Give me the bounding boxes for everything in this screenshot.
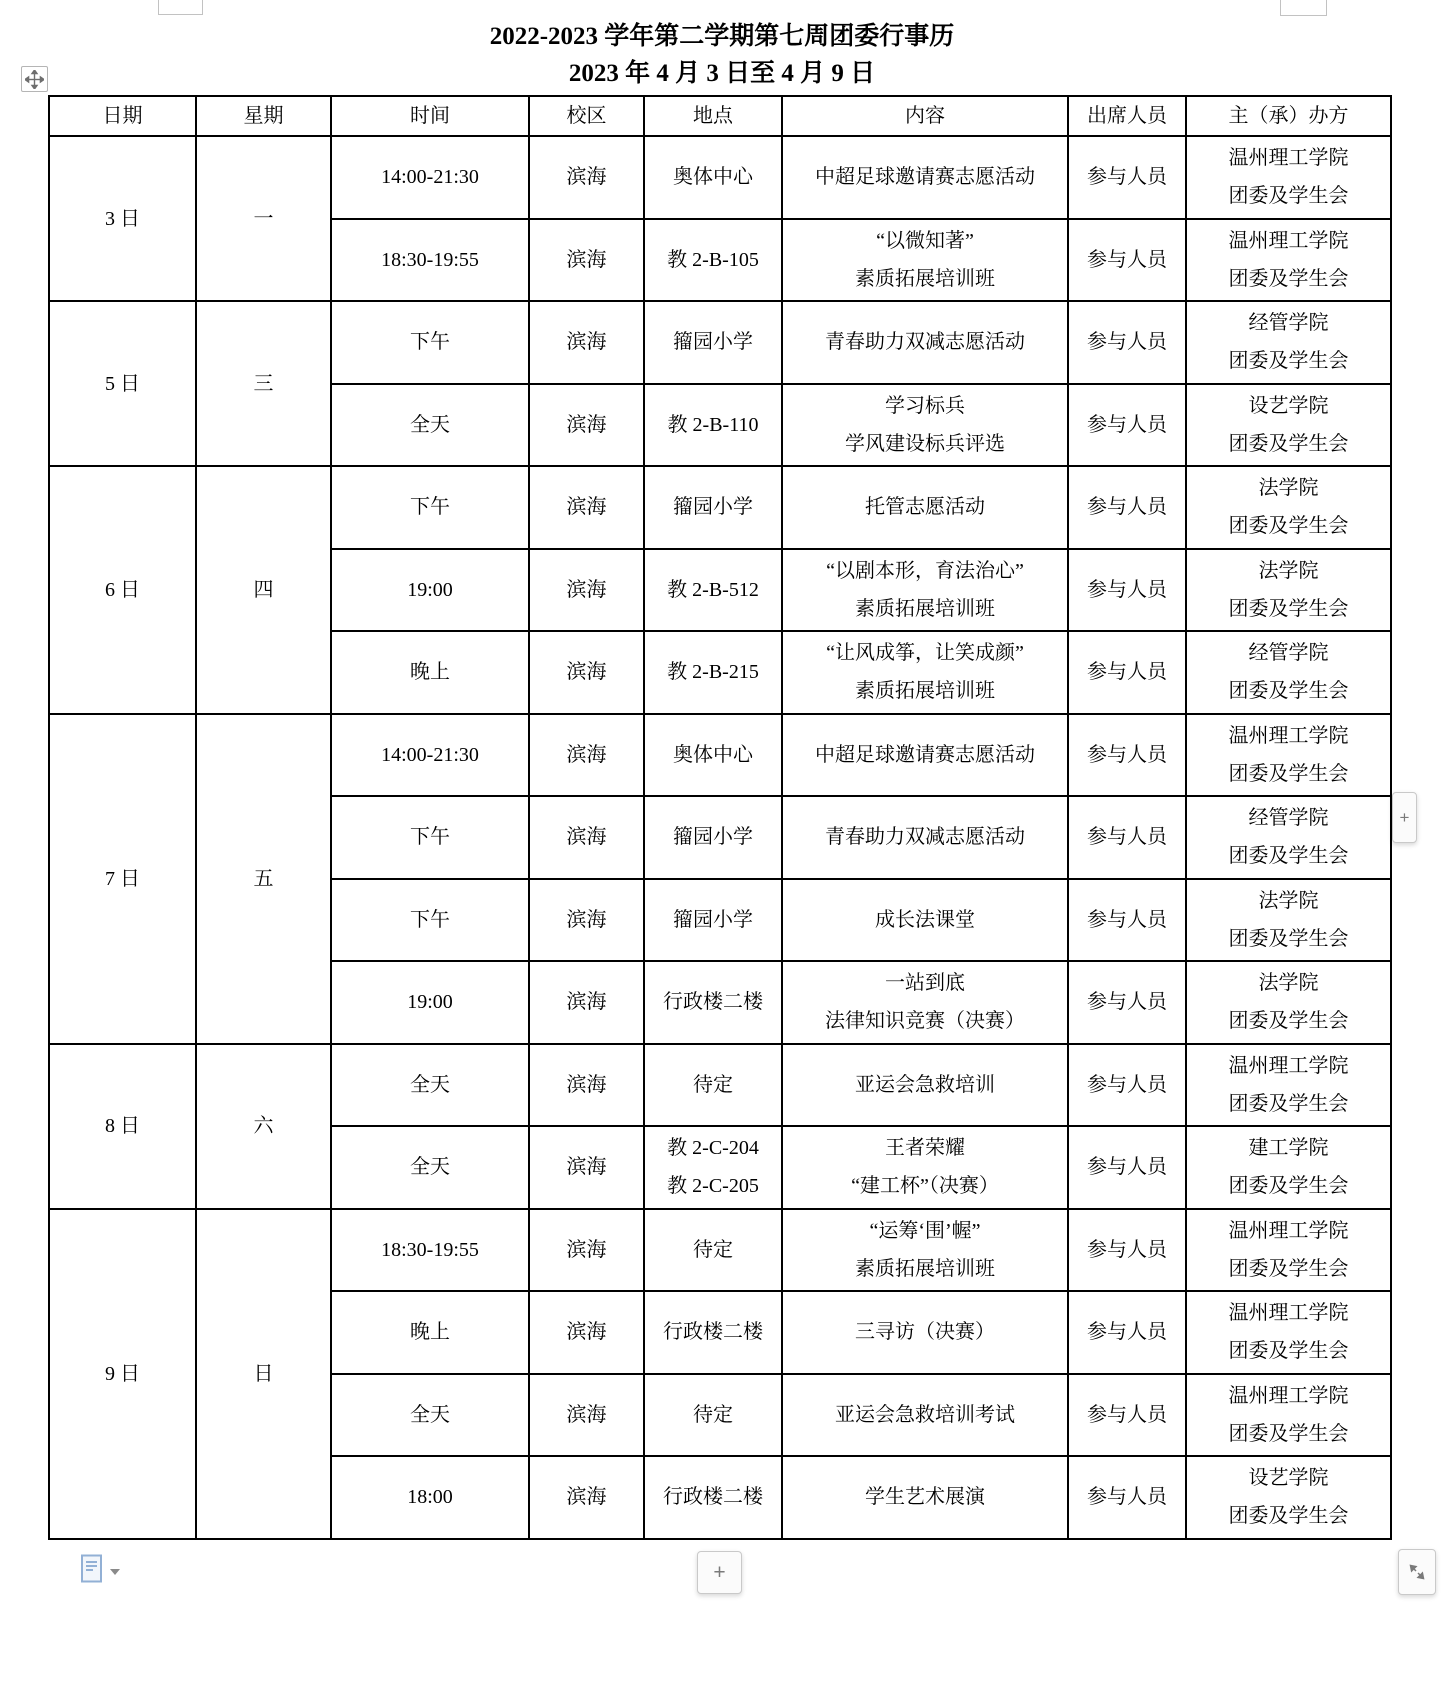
- attendees-cell: 参与人员: [1068, 219, 1186, 302]
- organizer-cell: 经管学院 团委及学生会: [1186, 796, 1391, 879]
- time-cell: 下午: [331, 301, 529, 384]
- insert-column-button[interactable]: +: [1392, 792, 1417, 843]
- location-cell: 教 2-B-512: [644, 549, 782, 632]
- column-header: 校区: [529, 96, 644, 136]
- plus-icon: +: [1400, 808, 1410, 828]
- time-cell: 下午: [331, 879, 529, 962]
- weekday-cell: 六: [196, 1044, 331, 1209]
- table-row: 7 日五14:00-21:30滨海奥体中心中超足球邀请赛志愿活动参与人员温州理工…: [49, 714, 1391, 797]
- location-cell: 籀园小学: [644, 466, 782, 549]
- content-cell: 青春助力双减志愿活动: [782, 796, 1068, 879]
- content-cell: 青春助力双减志愿活动: [782, 301, 1068, 384]
- page-view-button[interactable]: [80, 1551, 132, 1587]
- organizer-cell: 温州理工学院 团委及学生会: [1186, 219, 1391, 302]
- organizer-cell: 设艺学院 团委及学生会: [1186, 384, 1391, 467]
- table-row: 5 日三下午滨海籀园小学青春助力双减志愿活动参与人员经管学院 团委及学生会: [49, 301, 1391, 384]
- attendees-cell: 参与人员: [1068, 796, 1186, 879]
- expand-arrows-icon: [1407, 1561, 1427, 1583]
- schedule-table: 日期星期时间校区地点内容出席人员主（承）办方 3 日一14:00-21:30滨海…: [48, 95, 1392, 1540]
- location-cell: 教 2-B-105: [644, 219, 782, 302]
- organizer-cell: 建工学院 团委及学生会: [1186, 1126, 1391, 1209]
- content-cell: 托管志愿活动: [782, 466, 1068, 549]
- location-cell: 行政楼二楼: [644, 961, 782, 1044]
- location-cell: 籀园小学: [644, 796, 782, 879]
- time-cell: 14:00-21:30: [331, 136, 529, 219]
- attendees-cell: 参与人员: [1068, 961, 1186, 1044]
- weekday-cell: 四: [196, 466, 331, 714]
- location-cell: 行政楼二楼: [644, 1456, 782, 1539]
- time-cell: 19:00: [331, 549, 529, 632]
- table-row: 8 日六全天滨海待定亚运会急救培训参与人员温州理工学院 团委及学生会: [49, 1044, 1391, 1127]
- time-cell: 下午: [331, 466, 529, 549]
- column-header: 出席人员: [1068, 96, 1186, 136]
- date-cell: 6 日: [49, 466, 196, 714]
- attendees-cell: 参与人员: [1068, 1044, 1186, 1127]
- time-cell: 全天: [331, 1126, 529, 1209]
- weekday-cell: 日: [196, 1209, 331, 1539]
- attendees-cell: 参与人员: [1068, 879, 1186, 962]
- document-title: 2022-2023 学年第二学期第七周团委行事历 2023 年 4 月 3 日至…: [0, 18, 1444, 92]
- organizer-cell: 法学院 团委及学生会: [1186, 879, 1391, 962]
- attendees-cell: 参与人员: [1068, 714, 1186, 797]
- organizer-cell: 法学院 团委及学生会: [1186, 466, 1391, 549]
- attendees-cell: 参与人员: [1068, 1209, 1186, 1292]
- campus-cell: 滨海: [529, 136, 644, 219]
- time-cell: 全天: [331, 1374, 529, 1457]
- attendees-cell: 参与人员: [1068, 631, 1186, 714]
- content-cell: 一站到底 法律知识竞赛（决赛）: [782, 961, 1068, 1044]
- time-cell: 19:00: [331, 961, 529, 1044]
- time-cell: 18:00: [331, 1456, 529, 1539]
- campus-cell: 滨海: [529, 1456, 644, 1539]
- organizer-cell: 法学院 团委及学生会: [1186, 549, 1391, 632]
- time-cell: 18:30-19:55: [331, 1209, 529, 1292]
- campus-cell: 滨海: [529, 549, 644, 632]
- weekday-cell: 五: [196, 714, 331, 1044]
- table-row: 9 日日18:30-19:55滨海待定“运筹‘围’幄” 素质拓展培训班参与人员温…: [49, 1209, 1391, 1292]
- content-cell: 亚运会急救培训: [782, 1044, 1068, 1127]
- organizer-cell: 经管学院 团委及学生会: [1186, 301, 1391, 384]
- organizer-cell: 设艺学院 团委及学生会: [1186, 1456, 1391, 1539]
- organizer-cell: 温州理工学院 团委及学生会: [1186, 136, 1391, 219]
- attendees-cell: 参与人员: [1068, 466, 1186, 549]
- date-cell: 9 日: [49, 1209, 196, 1539]
- dropdown-arrow-icon: [110, 1569, 120, 1575]
- time-cell: 全天: [331, 1044, 529, 1127]
- location-cell: 待定: [644, 1044, 782, 1127]
- column-header: 时间: [331, 96, 529, 136]
- document-title-line1: 2022-2023 学年第二学期第七周团委行事历: [0, 18, 1444, 55]
- location-cell: 教 2-C-204 教 2-C-205: [644, 1126, 782, 1209]
- campus-cell: 滨海: [529, 879, 644, 962]
- attendees-cell: 参与人员: [1068, 384, 1186, 467]
- location-cell: 奥体中心: [644, 136, 782, 219]
- organizer-cell: 温州理工学院 团委及学生会: [1186, 1209, 1391, 1292]
- column-header: 地点: [644, 96, 782, 136]
- campus-cell: 滨海: [529, 796, 644, 879]
- campus-cell: 滨海: [529, 1291, 644, 1374]
- content-cell: 亚运会急救培训考试: [782, 1374, 1068, 1457]
- content-cell: 中超足球邀请赛志愿活动: [782, 714, 1068, 797]
- attendees-cell: 参与人员: [1068, 136, 1186, 219]
- content-cell: 学习标兵 学风建设标兵评选: [782, 384, 1068, 467]
- campus-cell: 滨海: [529, 1374, 644, 1457]
- schedule-table-body: 3 日一14:00-21:30滨海奥体中心中超足球邀请赛志愿活动参与人员温州理工…: [49, 136, 1391, 1539]
- table-row: 6 日四下午滨海籀园小学托管志愿活动参与人员法学院 团委及学生会: [49, 466, 1391, 549]
- organizer-cell: 温州理工学院 团委及学生会: [1186, 714, 1391, 797]
- page-expand-button[interactable]: [1398, 1549, 1436, 1595]
- table-row: 3 日一14:00-21:30滨海奥体中心中超足球邀请赛志愿活动参与人员温州理工…: [49, 136, 1391, 219]
- location-cell: 行政楼二楼: [644, 1291, 782, 1374]
- insert-row-button[interactable]: +: [697, 1551, 742, 1594]
- content-cell: “运筹‘围’幄” 素质拓展培训班: [782, 1209, 1068, 1292]
- location-cell: 奥体中心: [644, 714, 782, 797]
- content-cell: 王者荣耀 “建工杯”（决赛）: [782, 1126, 1068, 1209]
- attendees-cell: 参与人员: [1068, 1456, 1186, 1539]
- attendees-cell: 参与人员: [1068, 549, 1186, 632]
- content-cell: 中超足球邀请赛志愿活动: [782, 136, 1068, 219]
- location-cell: 待定: [644, 1209, 782, 1292]
- time-cell: 14:00-21:30: [331, 714, 529, 797]
- column-header: 日期: [49, 96, 196, 136]
- weekday-cell: 一: [196, 136, 331, 301]
- weekday-cell: 三: [196, 301, 331, 466]
- campus-cell: 滨海: [529, 301, 644, 384]
- document-title-line2: 2023 年 4 月 3 日至 4 月 9 日: [0, 55, 1444, 92]
- campus-cell: 滨海: [529, 1044, 644, 1127]
- attendees-cell: 参与人员: [1068, 301, 1186, 384]
- time-cell: 晚上: [331, 1291, 529, 1374]
- date-cell: 8 日: [49, 1044, 196, 1209]
- content-cell: “以剧本形，育法治心” 素质拓展培训班: [782, 549, 1068, 632]
- attendees-cell: 参与人员: [1068, 1126, 1186, 1209]
- attendees-cell: 参与人员: [1068, 1374, 1186, 1457]
- date-cell: 5 日: [49, 301, 196, 466]
- document-page-icon: [80, 1554, 104, 1584]
- campus-cell: 滨海: [529, 384, 644, 467]
- location-cell: 待定: [644, 1374, 782, 1457]
- content-cell: “以微知著” 素质拓展培训班: [782, 219, 1068, 302]
- time-cell: 晚上: [331, 631, 529, 714]
- location-cell: 教 2-B-110: [644, 384, 782, 467]
- organizer-cell: 经管学院 团委及学生会: [1186, 631, 1391, 714]
- time-cell: 全天: [331, 384, 529, 467]
- time-cell: 下午: [331, 796, 529, 879]
- table-header-row: 日期星期时间校区地点内容出席人员主（承）办方: [49, 96, 1391, 136]
- organizer-cell: 温州理工学院 团委及学生会: [1186, 1374, 1391, 1457]
- organizer-cell: 温州理工学院 团委及学生会: [1186, 1291, 1391, 1374]
- wps-document-page: { "document": { "title_line1": "2022-202…: [0, 0, 1444, 1688]
- time-cell: 18:30-19:55: [331, 219, 529, 302]
- content-cell: 成长法课堂: [782, 879, 1068, 962]
- column-header: 内容: [782, 96, 1068, 136]
- campus-cell: 滨海: [529, 1126, 644, 1209]
- date-cell: 7 日: [49, 714, 196, 1044]
- column-header: 主（承）办方: [1186, 96, 1391, 136]
- campus-cell: 滨海: [529, 714, 644, 797]
- location-cell: 教 2-B-215: [644, 631, 782, 714]
- attendees-cell: 参与人员: [1068, 1291, 1186, 1374]
- campus-cell: 滨海: [529, 1209, 644, 1292]
- location-cell: 籀园小学: [644, 301, 782, 384]
- date-cell: 3 日: [49, 136, 196, 301]
- column-header: 星期: [196, 96, 331, 136]
- campus-cell: 滨海: [529, 961, 644, 1044]
- campus-cell: 滨海: [529, 219, 644, 302]
- location-cell: 籀园小学: [644, 879, 782, 962]
- organizer-cell: 法学院 团委及学生会: [1186, 961, 1391, 1044]
- content-cell: 三寻访（决赛）: [782, 1291, 1068, 1374]
- organizer-cell: 温州理工学院 团委及学生会: [1186, 1044, 1391, 1127]
- campus-cell: 滨海: [529, 631, 644, 714]
- content-cell: “让风成筝，让笑成颜” 素质拓展培训班: [782, 631, 1068, 714]
- page-top-marker-right: [1280, 0, 1327, 16]
- campus-cell: 滨海: [529, 466, 644, 549]
- plus-icon: +: [713, 1561, 725, 1585]
- content-cell: 学生艺术展演: [782, 1456, 1068, 1539]
- page-top-marker-left: [158, 0, 203, 15]
